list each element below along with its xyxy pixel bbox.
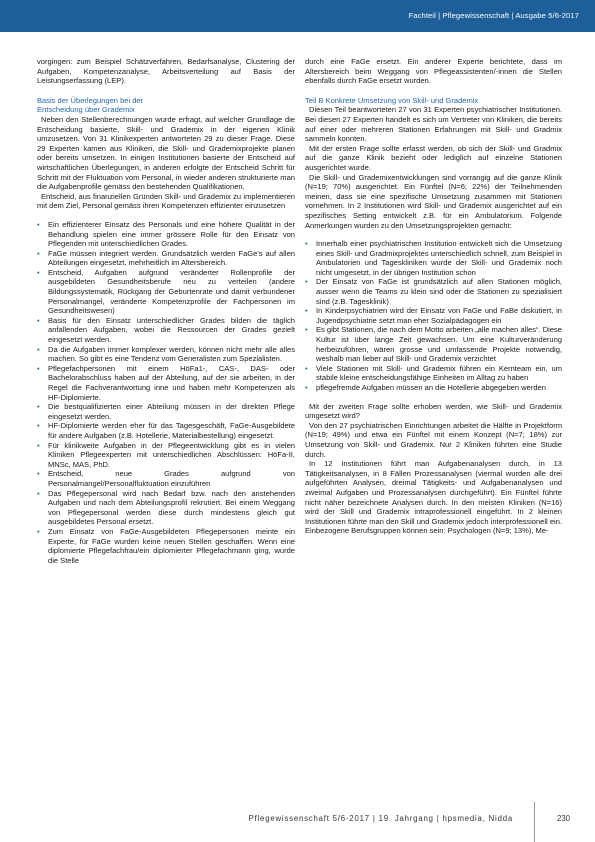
list-item: Der Einsatz von FaGe ist grundsätzlich a… bbox=[305, 277, 562, 306]
body-paragraph: Die Skill- und Grademixentwicklungen sin… bbox=[305, 173, 562, 231]
bullet-list: Ein effizienterer Einsatz des Personals … bbox=[37, 220, 295, 565]
header-bar: Fachteil | Pflegewissenschaft | Ausgabe … bbox=[0, 0, 595, 32]
list-item: HF-Diplomierte werden eher für das Tages… bbox=[37, 421, 295, 440]
left-column: vorgingen: zum Beispiel Schätzverfahren,… bbox=[37, 57, 295, 565]
section-heading-teil-b: Teil B Konkrete Umsetzung von Skill- und… bbox=[305, 96, 562, 106]
footer-journal-info: Pflegewissenschaft 5/6-2017 | 19. Jahrga… bbox=[249, 814, 513, 823]
right-column: durch eine FaGe ersetzt. Ein anderer Exp… bbox=[305, 57, 562, 536]
section-heading-basis: Basis der Überlegungen bei der Entscheid… bbox=[37, 96, 295, 115]
list-item: Es gibt Stationen, die nach dem Motto ar… bbox=[305, 325, 562, 363]
body-paragraph: Entscheid, aus finanziellen Gründen Skil… bbox=[37, 192, 295, 211]
page-footer: Pflegewissenschaft 5/6-2017 | 19. Jahrga… bbox=[0, 802, 595, 842]
list-item: Das Pflegepersonal wird nach Bedarf bzw.… bbox=[37, 489, 295, 527]
body-paragraph: Mit der ersten Frage sollte erfasst werd… bbox=[305, 144, 562, 173]
list-item: Viele Stationen mit Skill- und Grademix … bbox=[305, 364, 562, 383]
intro-paragraph: vorgingen: zum Beispiel Schätzverfahren,… bbox=[37, 57, 295, 86]
list-item: Für klinikweite Aufgaben in der Pflegeen… bbox=[37, 441, 295, 470]
list-item: FaGe müssen integriert werden. Grundsätz… bbox=[37, 249, 295, 268]
body-paragraph: In 12 Institutionen führt man Aufgabenan… bbox=[305, 459, 562, 536]
list-item: In Kinderpsychiatrien wird der Einsatz v… bbox=[305, 306, 562, 325]
list-item: Entscheid, Aufgaben aufgrund veränderter… bbox=[37, 268, 295, 316]
continuation-paragraph: durch eine FaGe ersetzt. Ein anderer Exp… bbox=[305, 57, 562, 86]
running-header-title: Fachteil | Pflegewissenschaft | Ausgabe … bbox=[409, 11, 579, 20]
page-number: 230 bbox=[557, 814, 570, 823]
list-item: Basis für den Einsatz unterschiedlicher … bbox=[37, 316, 295, 345]
list-item: Pflegefachpersonen mit einem HöFa1-, CAS… bbox=[37, 364, 295, 402]
list-item: Die bestqualifizierten einer Abteilung m… bbox=[37, 402, 295, 421]
body-paragraph: Von den 27 psychiatrischen Einrichtungen… bbox=[305, 421, 562, 459]
footer-divider bbox=[534, 802, 535, 842]
heading-line: Entscheidung über Grademix bbox=[37, 105, 295, 115]
bullet-list: Innerhalb einer psychiatrischen Institut… bbox=[305, 239, 562, 393]
heading-line: Basis der Überlegungen bei der bbox=[37, 96, 295, 106]
body-paragraph: Diesen Teil beantworteten 27 von 31 Expe… bbox=[305, 105, 562, 143]
list-item: Da die Aufgaben immer komplexer werden, … bbox=[37, 345, 295, 364]
body-paragraph: Mit der zweiten Frage sollte erhoben wer… bbox=[305, 402, 562, 421]
list-item: Zum Einsatz von FaGe-Ausgebildeten Pfleg… bbox=[37, 527, 295, 565]
list-item: Ein effizienterer Einsatz des Personals … bbox=[37, 220, 295, 249]
list-item: Innerhalb einer psychiatrischen Institut… bbox=[305, 239, 562, 277]
list-item: pflegefremde Aufgaben müssen an die Hote… bbox=[305, 383, 562, 393]
list-item: Entscheid, neue Grades aufgrund von Pers… bbox=[37, 469, 295, 488]
body-paragraph: Neben den Stellenberechnungen wurde erfr… bbox=[37, 115, 295, 192]
